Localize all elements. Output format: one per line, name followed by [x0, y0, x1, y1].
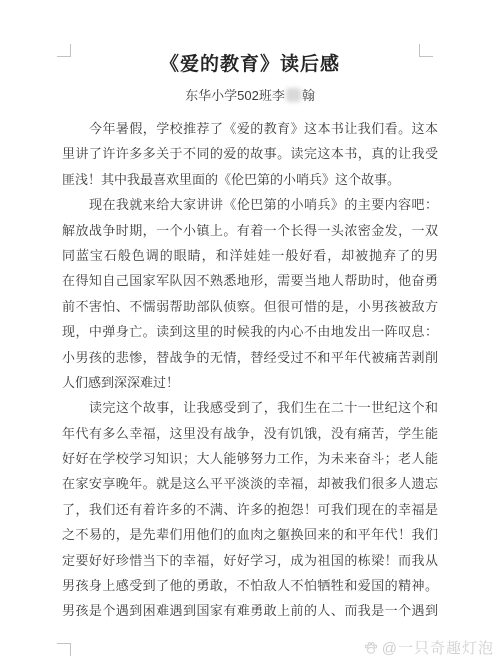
byline-school-class: 东华小学502班李 — [185, 88, 285, 103]
text-line: 好好在学校学习知识；大人能够努力工作，为未来奋斗；老人能够 — [62, 446, 438, 471]
margin-mark-top-right — [419, 44, 433, 57]
text-line: 男孩是个遇到困难遇到国家有难勇敢上前的人、而我是一个遇到非 — [62, 598, 438, 623]
essay-byline: 东华小学502班李翰 — [62, 86, 438, 106]
paragraph: 现在我就来给大家讲讲《伦巴第的小哨兵》的主要内容吧：在解放战争时期，一个小镇上。… — [62, 192, 438, 395]
text-line: 了，我们还有着许多的不满、许多的抱怨！可我们现在的幸福是来 — [62, 497, 438, 522]
document-page: 《爱的教育》读后感 东华小学502班李翰 今年暑假，学校推荐了《爱的教育》这本书… — [0, 0, 500, 666]
paragraph: 读完这个故事，让我感受到了，我们生在二十一世纪这个和平年代有多么幸福，这里没有战… — [62, 395, 438, 624]
watermark: @一只奇趣灯泡 — [363, 637, 494, 658]
text-line: 小男孩的悲惨，替战争的无情，替经受过不和平年代被痛苦剥削的 — [62, 345, 438, 370]
baidu-paw-icon — [363, 640, 379, 655]
text-line: 现，中弹身亡。读到这里的时候我的内心不由地发出一阵叹息：替 — [62, 319, 438, 344]
text-line: 人们感到深深难过！ — [62, 370, 438, 395]
text-line: 今年暑假，学校推荐了《爱的教育》这本书让我们看。这本书 — [62, 116, 438, 141]
text-line: 在得知自己国家军队因不熟悉地形，需要当地人帮助时，他奋勇上 — [62, 268, 438, 293]
text-line: 年代有多么幸福，这里没有战争，没有饥饿，没有痛苦，学生能够 — [62, 421, 438, 446]
text-line: 在家安享晚年。就是这么平平淡淡的幸福，却被我们很多人遗忘 — [62, 471, 438, 496]
text-line: 前不害怕、不懦弱帮助部队侦察。但很可惜的是，小男孩被敌方发 — [62, 294, 438, 319]
paragraph: 今年暑假，学校推荐了《爱的教育》这本书让我们看。这本书里讲了许许多多关于不同的爱… — [62, 116, 438, 192]
essay-body: 今年暑假，学校推荐了《爱的教育》这本书让我们看。这本书里讲了许许多多关于不同的爱… — [62, 116, 438, 624]
margin-mark-top-left — [57, 44, 71, 57]
censored-name-blur — [286, 88, 301, 102]
essay-title: 《爱的教育》读后感 — [62, 50, 438, 80]
watermark-text: @一只奇趣灯泡 — [382, 637, 494, 658]
text-line: 现在我就来给大家讲讲《伦巴第的小哨兵》的主要内容吧：在 — [62, 192, 438, 217]
text-line: 之不易的，是先辈们用他们的血肉之躯换回来的和平年代！我们一 — [62, 522, 438, 547]
byline-name-suffix: 翰 — [302, 88, 315, 103]
text-line: 解放战争时期，一个小镇上。有着一个长得一头浓密金发，一双如 — [62, 218, 438, 243]
text-line: 同蓝宝石般色调的眼睛，和洋娃娃一般好看，却被抛弃了的男孩。 — [62, 243, 438, 268]
text-line: 读完这个故事，让我感受到了，我们生在二十一世纪这个和平 — [62, 395, 438, 420]
text-line: 匪浅！其中我最喜欢里面的《伦巴第的小哨兵》这个故事。 — [62, 167, 438, 192]
text-line: 里讲了许许多多关于不同的爱的故事。读完这本书，真的让我受益 — [62, 141, 438, 166]
text-line: 定要好好珍惜当下的幸福，好好学习，成为祖国的栋梁！而我从小 — [62, 548, 438, 573]
text-line: 男孩身上感受到了他的勇敢，不怕敌人不怕牺牲和爱国的精神。小 — [62, 573, 438, 598]
margin-mark-bottom-left — [57, 643, 71, 656]
